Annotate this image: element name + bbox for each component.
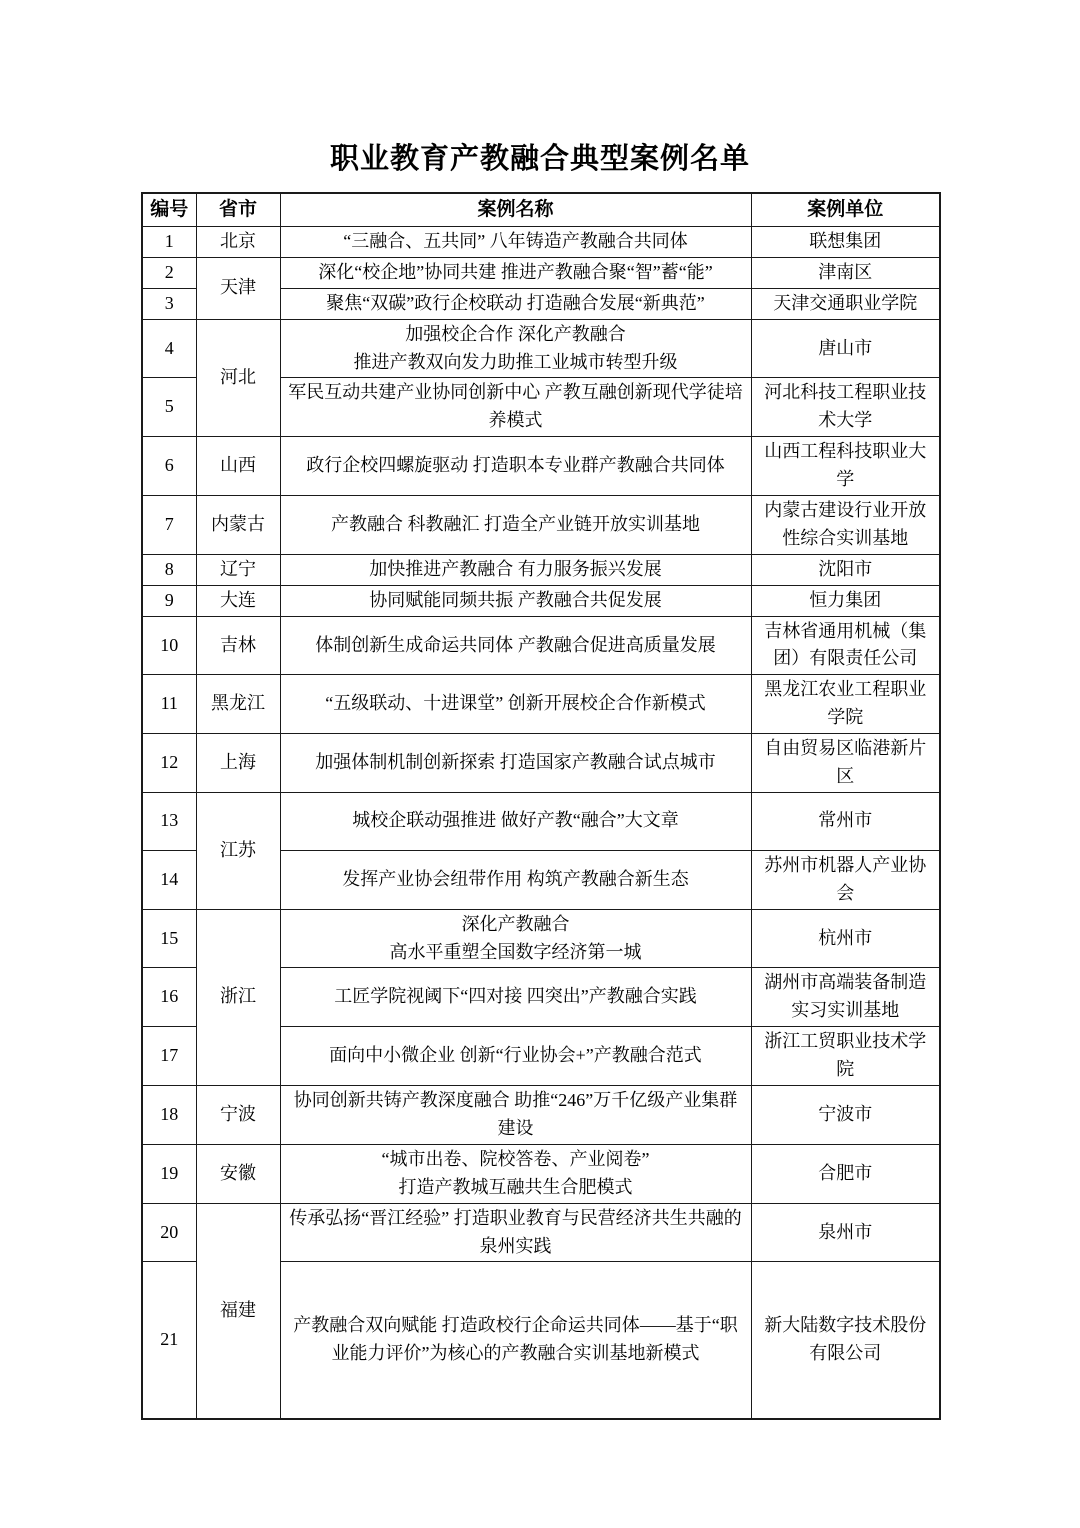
row-number-cell: 8 [142, 554, 196, 585]
case-unit-cell: 浙江工贸职业技术学院 [751, 1027, 940, 1086]
case-unit-cell: 湖州市高端装备制造实习实训基地 [751, 968, 940, 1027]
province-cell: 河北 [196, 319, 280, 437]
table-row: 19安徽“城市出卷、院校答卷、产业阅卷” 打造产教城互融共生合肥模式合肥市 [142, 1144, 940, 1203]
row-number-cell: 19 [142, 1144, 196, 1203]
case-unit-cell: 联想集团 [751, 227, 940, 258]
case-name-cell: 深化“校企地”协同共建 推进产教融合聚“智”蓄“能” [280, 257, 751, 288]
case-unit-cell: 内蒙古建设行业开放性综合实训基地 [751, 496, 940, 555]
document-page: 职业教育产教融合典型案例名单 编号 省市 案例名称 案例单位 1北京“三融合、五… [0, 0, 1080, 1420]
cases-table: 编号 省市 案例名称 案例单位 1北京“三融合、五共同” 八年铸造产教融合共同体… [141, 192, 941, 1420]
case-name-cell: 面向中小微企业 创新“行业协会+”产教融合范式 [280, 1027, 751, 1086]
case-name-cell: “五级联动、十进课堂” 创新开展校企合作新模式 [280, 675, 751, 734]
case-unit-cell: 杭州市 [751, 909, 940, 968]
case-name-cell: 深化产教融合 高水平重塑全国数字经济第一城 [280, 909, 751, 968]
column-header-case-name: 案例名称 [280, 193, 751, 227]
row-number-cell: 13 [142, 792, 196, 850]
case-unit-cell: 合肥市 [751, 1144, 940, 1203]
case-unit-cell: 宁波市 [751, 1086, 940, 1145]
province-cell: 天津 [196, 257, 280, 319]
row-number-cell: 20 [142, 1203, 196, 1262]
column-header-number: 编号 [142, 193, 196, 227]
province-cell: 北京 [196, 227, 280, 258]
table-row: 10吉林体制创新生成命运共同体 产教融合促进高质量发展吉林省通用机械（集团）有限… [142, 616, 940, 675]
case-name-cell: 传承弘扬“晋江经验” 打造职业教育与民营经济共生共融的泉州实践 [280, 1203, 751, 1262]
case-name-cell: 加强校企合作 深化产教融合 推进产教双向发力助推工业城市转型升级 [280, 319, 751, 378]
case-unit-cell: 天津交通职业学院 [751, 288, 940, 319]
province-cell: 黑龙江 [196, 675, 280, 734]
case-unit-cell: 津南区 [751, 257, 940, 288]
case-name-cell: “城市出卷、院校答卷、产业阅卷” 打造产教城互融共生合肥模式 [280, 1144, 751, 1203]
case-name-cell: 协同赋能同频共振 产教融合共促发展 [280, 585, 751, 616]
case-name-cell: 产教融合 科教融汇 打造全产业链开放实训基地 [280, 496, 751, 555]
row-number-cell: 2 [142, 257, 196, 288]
table-row: 13江苏城校企联动强推进 做好产教“融合”大文章常州市 [142, 792, 940, 850]
case-unit-cell: 唐山市 [751, 319, 940, 378]
table-row: 1北京“三融合、五共同” 八年铸造产教融合共同体联想集团 [142, 227, 940, 258]
province-cell: 安徽 [196, 1144, 280, 1203]
province-cell: 大连 [196, 585, 280, 616]
row-number-cell: 7 [142, 496, 196, 555]
row-number-cell: 11 [142, 675, 196, 734]
table-body: 1北京“三融合、五共同” 八年铸造产教融合共同体联想集团2天津深化“校企地”协同… [142, 227, 940, 1419]
row-number-cell: 18 [142, 1086, 196, 1145]
table-row: 15浙江深化产教融合 高水平重塑全国数字经济第一城杭州市 [142, 909, 940, 968]
case-name-cell: 发挥产业协会纽带作用 构筑产教融合新生态 [280, 850, 751, 909]
province-cell: 内蒙古 [196, 496, 280, 555]
case-unit-cell: 恒力集团 [751, 585, 940, 616]
table-row: 20福建传承弘扬“晋江经验” 打造职业教育与民营经济共生共融的泉州实践泉州市 [142, 1203, 940, 1262]
table-row: 6山西政行企校四螺旋驱动 打造职本专业群产教融合共同体山西工程科技职业大学 [142, 437, 940, 496]
case-name-cell: “三融合、五共同” 八年铸造产教融合共同体 [280, 227, 751, 258]
province-cell: 山西 [196, 437, 280, 496]
table-row: 11黑龙江“五级联动、十进课堂” 创新开展校企合作新模式黑龙江农业工程职业学院 [142, 675, 940, 734]
case-name-cell: 政行企校四螺旋驱动 打造职本专业群产教融合共同体 [280, 437, 751, 496]
header-row: 编号 省市 案例名称 案例单位 [142, 193, 940, 227]
case-name-cell: 体制创新生成命运共同体 产教融合促进高质量发展 [280, 616, 751, 675]
case-unit-cell: 苏州市机器人产业协会 [751, 850, 940, 909]
case-unit-cell: 吉林省通用机械（集团）有限责任公司 [751, 616, 940, 675]
row-number-cell: 16 [142, 968, 196, 1027]
case-name-cell: 工匠学院视阈下“四对接 四突出”产教融合实践 [280, 968, 751, 1027]
row-number-cell: 12 [142, 734, 196, 793]
case-name-cell: 加强体制机制创新探索 打造国家产教融合试点城市 [280, 734, 751, 793]
case-unit-cell: 黑龙江农业工程职业学院 [751, 675, 940, 734]
table-row: 4河北加强校企合作 深化产教融合 推进产教双向发力助推工业城市转型升级唐山市 [142, 319, 940, 378]
province-cell: 宁波 [196, 1086, 280, 1145]
row-number-cell: 14 [142, 850, 196, 909]
table-row: 2天津深化“校企地”协同共建 推进产教融合聚“智”蓄“能”津南区 [142, 257, 940, 288]
row-number-cell: 6 [142, 437, 196, 496]
case-name-cell: 城校企联动强推进 做好产教“融合”大文章 [280, 792, 751, 850]
case-unit-cell: 河北科技工程职业技术大学 [751, 378, 940, 437]
case-unit-cell: 新大陆数字技术股份有限公司 [751, 1262, 940, 1419]
case-unit-cell: 沈阳市 [751, 554, 940, 585]
row-number-cell: 17 [142, 1027, 196, 1086]
table-row: 12上海加强体制机制创新探索 打造国家产教融合试点城市自由贸易区临港新片区 [142, 734, 940, 793]
row-number-cell: 3 [142, 288, 196, 319]
case-name-cell: 聚焦“双碳”政行企校联动 打造融合发展“新典范” [280, 288, 751, 319]
row-number-cell: 15 [142, 909, 196, 968]
case-name-cell: 加快推进产教融合 有力服务振兴发展 [280, 554, 751, 585]
table-row: 7内蒙古产教融合 科教融汇 打造全产业链开放实训基地内蒙古建设行业开放性综合实训… [142, 496, 940, 555]
province-cell: 浙江 [196, 909, 280, 1085]
table-row: 8辽宁加快推进产教融合 有力服务振兴发展沈阳市 [142, 554, 940, 585]
case-unit-cell: 泉州市 [751, 1203, 940, 1262]
row-number-cell: 5 [142, 378, 196, 437]
column-header-province: 省市 [196, 193, 280, 227]
row-number-cell: 4 [142, 319, 196, 378]
case-unit-cell: 自由贸易区临港新片区 [751, 734, 940, 793]
table-row: 9大连协同赋能同频共振 产教融合共促发展恒力集团 [142, 585, 940, 616]
case-name-cell: 军民互动共建产业协同创新中心 产教互融创新现代学徒培养模式 [280, 378, 751, 437]
row-number-cell: 10 [142, 616, 196, 675]
province-cell: 吉林 [196, 616, 280, 675]
table-row: 18宁波协同创新共铸产教深度融合 助推“246”万千亿级产业集群建设宁波市 [142, 1086, 940, 1145]
row-number-cell: 1 [142, 227, 196, 258]
province-cell: 辽宁 [196, 554, 280, 585]
case-name-cell: 协同创新共铸产教深度融合 助推“246”万千亿级产业集群建设 [280, 1086, 751, 1145]
row-number-cell: 21 [142, 1262, 196, 1419]
province-cell: 福建 [196, 1203, 280, 1419]
document-title: 职业教育产教融合典型案例名单 [0, 136, 1080, 177]
column-header-case-unit: 案例单位 [751, 193, 940, 227]
case-name-cell: 产教融合双向赋能 打造政校行企命运共同体——基于“职业能力评价”为核心的产教融合… [280, 1262, 751, 1419]
case-unit-cell: 山西工程科技职业大学 [751, 437, 940, 496]
province-cell: 上海 [196, 734, 280, 793]
case-unit-cell: 常州市 [751, 792, 940, 850]
row-number-cell: 9 [142, 585, 196, 616]
province-cell: 江苏 [196, 792, 280, 909]
